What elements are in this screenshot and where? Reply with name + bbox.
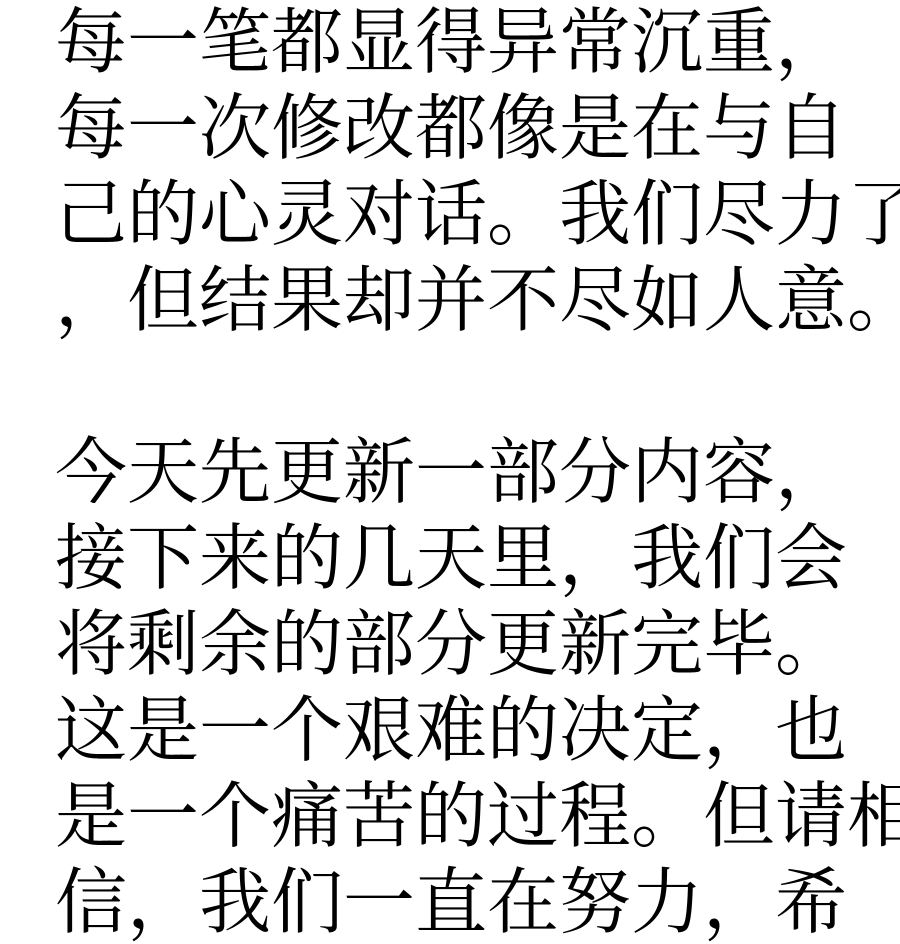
- text-line: 己的心灵对话。我们尽力了: [55, 172, 890, 258]
- text-block: 每一笔都显得异常沉重， 每一次修改都像是在与自 己的心灵对话。我们尽力了 ，但结…: [0, 0, 900, 944]
- text-line: 今天先更新一部分内容，: [55, 430, 890, 516]
- text-line: 是一个痛苦的过程。但请相: [55, 774, 890, 860]
- paragraph-spacer: [55, 344, 890, 430]
- text-page: 每一笔都显得异常沉重， 每一次修改都像是在与自 己的心灵对话。我们尽力了 ，但结…: [0, 0, 900, 944]
- text-line: 信，我们一直在努力，希: [55, 860, 890, 944]
- paragraph-1: 每一笔都显得异常沉重， 每一次修改都像是在与自 己的心灵对话。我们尽力了 ，但结…: [55, 0, 890, 344]
- paragraph-2: 今天先更新一部分内容， 接下来的几天里，我们会 将剩余的部分更新完毕。 这是一个…: [55, 430, 890, 944]
- text-line: 每一次修改都像是在与自: [55, 86, 890, 172]
- text-line: 接下来的几天里，我们会: [55, 516, 890, 602]
- text-line: 每一笔都显得异常沉重，: [55, 0, 890, 86]
- text-line: ，但结果却并不尽如人意。: [55, 258, 890, 344]
- text-line: 将剩余的部分更新完毕。: [55, 602, 890, 688]
- text-line: 这是一个艰难的决定，也: [55, 688, 890, 774]
